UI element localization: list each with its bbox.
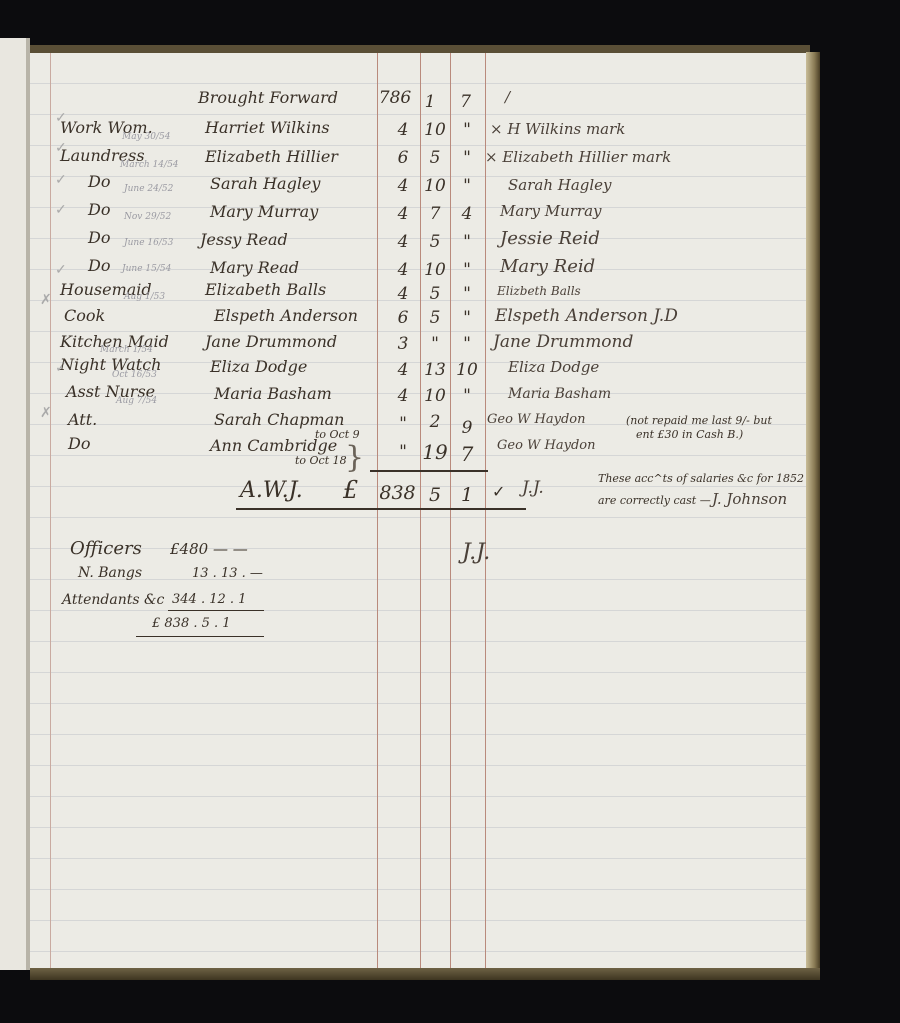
entry-name: Mary Murray bbox=[210, 202, 318, 221]
entry-name: Eliza Dodge bbox=[210, 357, 307, 376]
entry-name: Jessy Read bbox=[200, 230, 288, 249]
entry-name: Jane Drummond bbox=[205, 332, 337, 351]
entry-name: Elizabeth Balls bbox=[205, 280, 326, 299]
haydon-note-line2: ent £30 in Cash B.) bbox=[636, 428, 743, 441]
entry-pence: " bbox=[452, 148, 482, 168]
entry-pounds: 4 bbox=[388, 232, 418, 252]
entry-shillings: 10 bbox=[420, 120, 450, 140]
entry-pounds: " bbox=[388, 414, 418, 434]
entry-role: Do bbox=[88, 172, 110, 191]
entry-pence: " bbox=[452, 386, 482, 406]
total-pence: 1 bbox=[452, 484, 482, 506]
summary-label: N. Bangs bbox=[78, 565, 142, 581]
cross-mark-icon: ✗ bbox=[40, 405, 52, 421]
pounds-column-rule bbox=[377, 53, 378, 968]
brought-forward-label: Brought Forward bbox=[198, 88, 338, 107]
summary-subtotal-rule bbox=[168, 610, 264, 611]
entry-pence: 4 bbox=[452, 204, 482, 224]
entry-pence: 10 bbox=[452, 360, 482, 380]
pencil-initials: J.J. bbox=[462, 540, 490, 565]
entry-shillings: 13 bbox=[420, 360, 450, 380]
entry-signature: Elizbeth Balls bbox=[497, 284, 581, 298]
entry-date: Nov 29/52 bbox=[124, 212, 171, 222]
brace-icon: } bbox=[345, 440, 364, 475]
entry-pounds: 4 bbox=[388, 120, 418, 140]
entry-name: Elizabeth Hillier bbox=[205, 147, 338, 166]
entry-name: Harriet Wilkins bbox=[205, 118, 330, 137]
check-mark-icon: ✓ bbox=[55, 202, 67, 218]
entry-signature: Elspeth Anderson J.D bbox=[495, 306, 678, 326]
entry-pounds: 4 bbox=[388, 260, 418, 280]
entry-signature: Sarah Hagley bbox=[508, 176, 612, 194]
entry-date: June 15/54 bbox=[122, 264, 171, 274]
entry-role: Do bbox=[88, 228, 110, 247]
entry-signature: × H Wilkins mark bbox=[490, 120, 625, 138]
entry-signature: Geo W Haydon bbox=[487, 412, 585, 427]
entry-pounds: 4 bbox=[388, 204, 418, 224]
entry-pence: " bbox=[452, 120, 482, 140]
entry-date: Aug 7/54 bbox=[116, 396, 157, 406]
summary-label: Attendants &c bbox=[62, 592, 164, 608]
entry-date: Aug 1/53 bbox=[124, 292, 165, 302]
total-right-initials: J.J. bbox=[522, 478, 544, 498]
entry-shillings: 5 bbox=[420, 284, 450, 304]
total-pounds: 838 bbox=[375, 482, 420, 504]
check-mark-icon: ✓ bbox=[55, 172, 67, 188]
entry-shillings: 10 bbox=[420, 260, 450, 280]
entry-name: Elspeth Anderson bbox=[214, 306, 358, 325]
certification-line1: These acc^ts of salaries &c for 1852 bbox=[598, 472, 804, 485]
entry-role: Do bbox=[88, 256, 110, 275]
entry-pounds: 4 bbox=[388, 284, 418, 304]
entry-pounds: " bbox=[388, 442, 418, 462]
cross-mark-icon: ✗ bbox=[40, 292, 52, 308]
entry-pence: " bbox=[452, 232, 482, 252]
entry-shillings: 5 bbox=[420, 148, 450, 168]
summary-amount: 344 . 12 . 1 bbox=[172, 592, 246, 607]
entry-date: March 14/54 bbox=[120, 160, 179, 170]
summary-total-rule bbox=[136, 636, 264, 637]
entry-name: Maria Basham bbox=[214, 384, 332, 403]
entry-name: Mary Read bbox=[210, 258, 299, 277]
entry-pence: " bbox=[452, 308, 482, 328]
check-mark-icon: ✓ bbox=[55, 262, 67, 278]
entry-pounds: 4 bbox=[388, 176, 418, 196]
entry-pounds: 6 bbox=[388, 148, 418, 168]
entry-signature: Mary Reid bbox=[500, 256, 595, 277]
entry-shillings: 7 bbox=[420, 204, 450, 224]
entry-date: Oct 16/53 bbox=[112, 370, 157, 380]
summary-amount: £480 — — bbox=[170, 540, 248, 558]
entry-role: Cook bbox=[64, 306, 105, 325]
entry-shillings: 19 bbox=[420, 440, 450, 464]
brought-forward-shillings: 1 bbox=[415, 92, 445, 112]
pence-column-rule bbox=[450, 53, 451, 968]
entry-shillings: 10 bbox=[420, 386, 450, 406]
total-initials: A.W.J. bbox=[240, 478, 303, 503]
entry-date: June 24/52 bbox=[124, 184, 173, 194]
entry-name: Sarah Chapman bbox=[214, 410, 344, 429]
entry-shillings: " bbox=[420, 334, 450, 354]
entry-shillings: 2 bbox=[420, 412, 450, 432]
brought-forward-mark: / bbox=[505, 88, 510, 106]
entry-pounds: 6 bbox=[388, 308, 418, 328]
total-check-icon: ✓ bbox=[492, 482, 505, 501]
left-page-edge bbox=[0, 38, 28, 970]
summary-label: Officers bbox=[70, 538, 142, 559]
entry-shillings: 5 bbox=[420, 232, 450, 252]
signature-column-rule bbox=[485, 53, 486, 968]
entry-pence: " bbox=[452, 260, 482, 280]
entry-signature: Mary Murray bbox=[500, 202, 602, 220]
entry-pence: 9 bbox=[452, 418, 482, 438]
cambridge-date-note: to Oct 18 bbox=[295, 454, 347, 467]
entry-signature: Jessie Reid bbox=[500, 228, 600, 249]
entry-signature: Jane Drummond bbox=[493, 332, 633, 352]
entry-shillings: 5 bbox=[420, 308, 450, 328]
entry-date: May 30/54 bbox=[122, 132, 170, 142]
brought-forward-pence: 7 bbox=[448, 92, 483, 112]
total-currency: £ bbox=[343, 476, 358, 504]
summary-total: £ 838 . 5 . 1 bbox=[152, 616, 231, 631]
entry-date: June 16/53 bbox=[124, 238, 173, 248]
page-fore-edge bbox=[806, 52, 820, 977]
certification-signature: J. Johnson bbox=[712, 490, 787, 508]
margin-rule bbox=[50, 53, 51, 968]
brought-forward-pounds: 786 bbox=[375, 88, 415, 108]
entry-pence: " bbox=[452, 334, 482, 354]
total-rule bbox=[236, 508, 526, 510]
haydon-note-line1: (not repaid me last 9/- but bbox=[626, 414, 772, 427]
entry-pence: " bbox=[452, 284, 482, 304]
entry-name: Sarah Hagley bbox=[210, 174, 320, 193]
entry-shillings: 10 bbox=[420, 176, 450, 196]
certification-line2: are correctly cast — bbox=[598, 494, 711, 507]
entry-signature: × Elizabeth Hillier mark bbox=[485, 148, 671, 166]
entry-role: Att. bbox=[68, 410, 97, 429]
entry-role: Do bbox=[68, 434, 90, 453]
summary-amount: 13 . 13 . — bbox=[192, 566, 263, 581]
entry-pounds: 3 bbox=[388, 334, 418, 354]
page-bottom-edge bbox=[30, 968, 820, 980]
entry-signature: Geo W Haydon bbox=[497, 438, 595, 453]
entry-pounds: 4 bbox=[388, 386, 418, 406]
entry-pounds: 4 bbox=[388, 360, 418, 380]
total-shillings: 5 bbox=[420, 484, 450, 506]
entry-signature: Maria Basham bbox=[508, 386, 611, 402]
entry-pence: " bbox=[452, 176, 482, 196]
entry-pence: 7 bbox=[452, 442, 482, 466]
entry-role: Do bbox=[88, 200, 110, 219]
entry-signature: Eliza Dodge bbox=[508, 358, 599, 376]
subtotal-rule bbox=[370, 470, 488, 472]
entry-date: March 1/54 bbox=[100, 345, 153, 355]
